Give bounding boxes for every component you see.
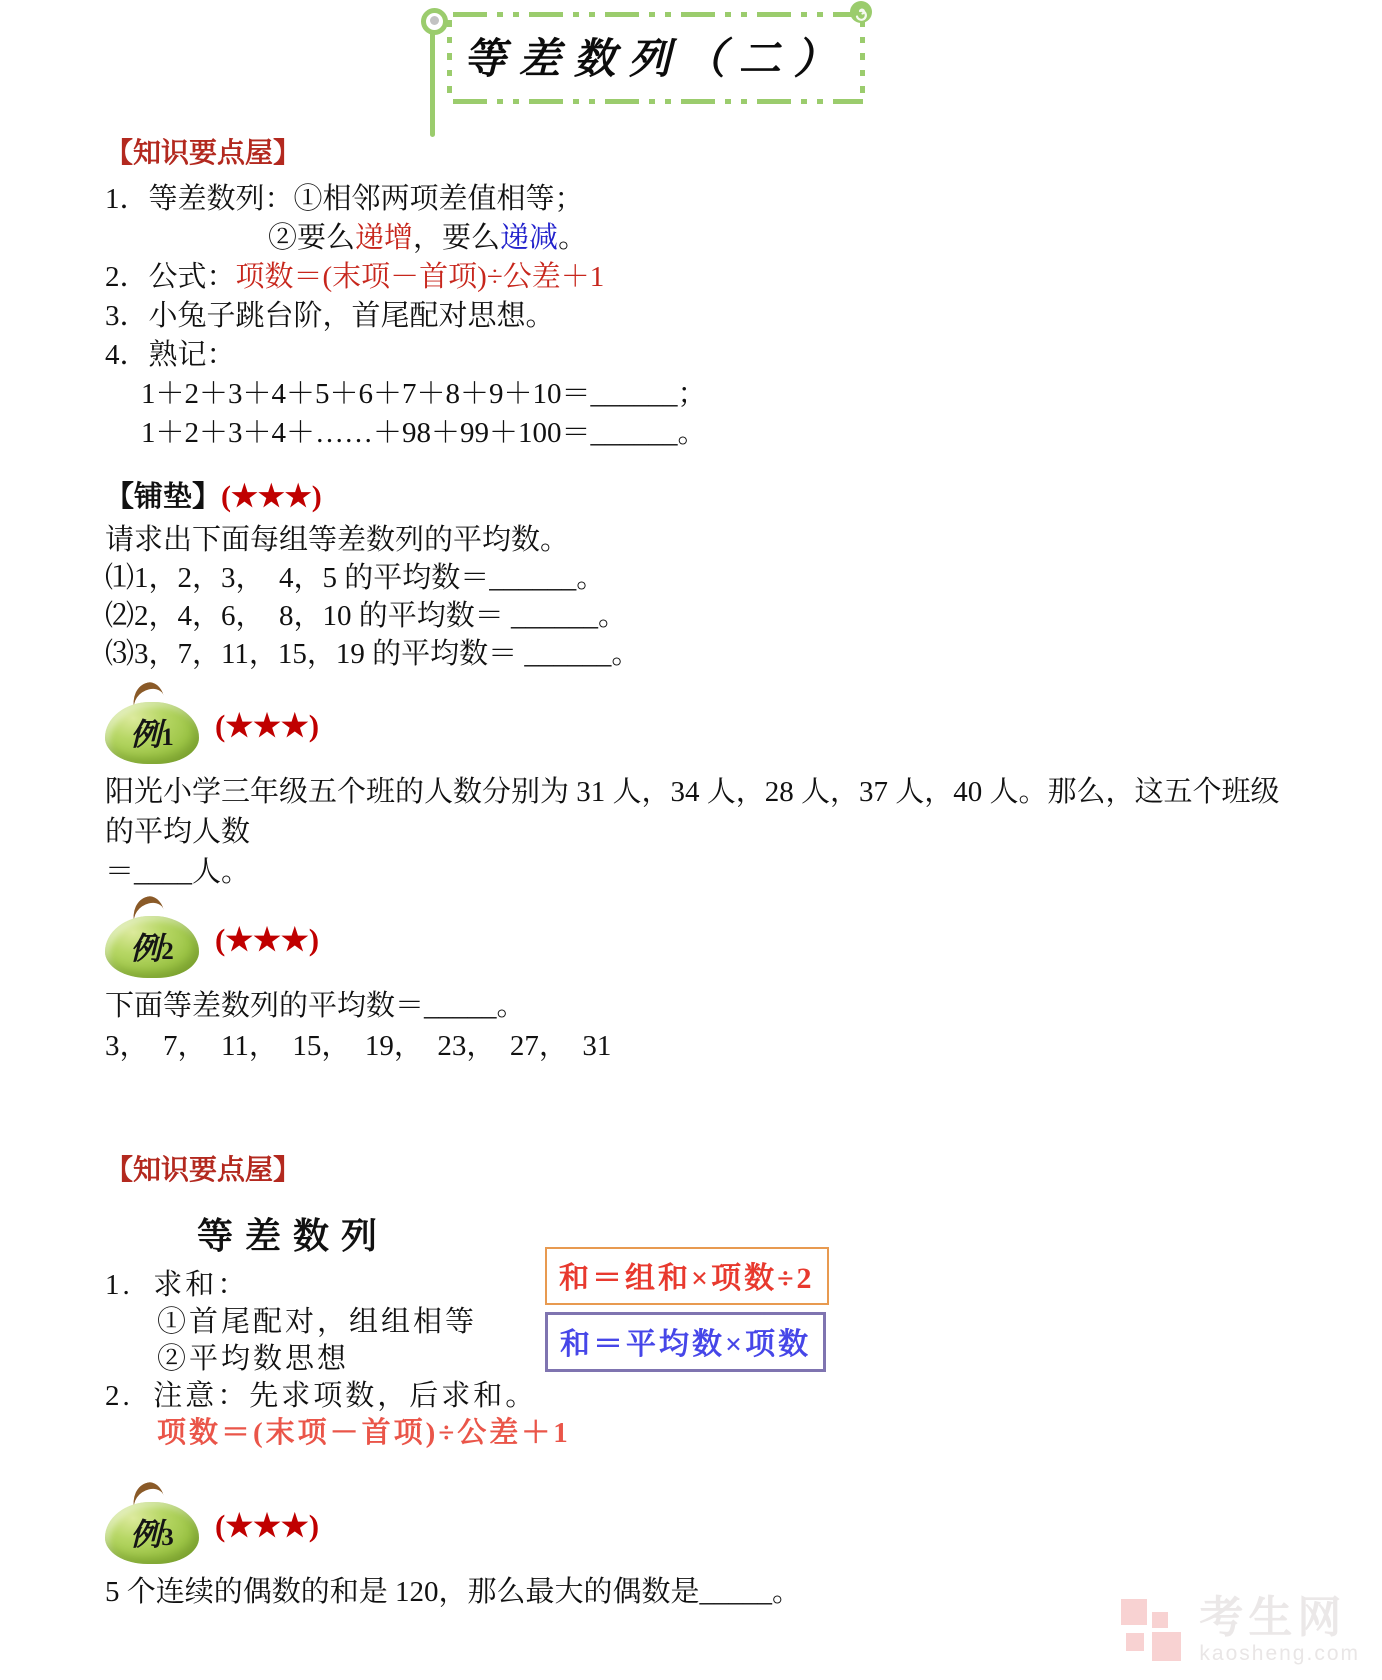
example1-badge: 例1 <box>105 709 199 754</box>
knowledge1-item2: 2．公式：项数＝(末项－首项)÷公差＋1 <box>105 258 1305 297</box>
watermark-site-url: kaosheng.com <box>1199 1643 1360 1664</box>
example3-section: 例3 (★★★) 5 个连续的偶数的和是 120，那么最大的偶数是_____。 <box>105 1482 1305 1612</box>
knowledge2-header: 【知识要点屋】 <box>105 1148 1305 1188</box>
example2-section: 例2 (★★★) 下面等差数列的平均数＝_____。 3， 7， 11， 15，… <box>105 896 1305 1066</box>
page-title: 等差数列（二） <box>447 12 865 104</box>
formula-box-average: 和＝平均数×项数 <box>545 1312 826 1372</box>
warmup-item-3: ⑶3，7，11，15，19 的平均数＝ ______。 <box>105 635 1305 673</box>
item1b-middle: ，要么 <box>413 222 500 254</box>
pin-icon <box>421 8 448 35</box>
example2-stars: (★★★) <box>215 916 319 958</box>
knowledge1-item1: 1．等差数列：①相邻两项差值相等； <box>105 180 1305 219</box>
item2-formula: 项数＝(末项－首项)÷公差＋1 <box>236 261 605 293</box>
badge-label: 例 <box>130 1517 161 1552</box>
pin-line-decoration <box>430 20 435 137</box>
example3-header: 例3 (★★★) <box>105 1482 1305 1564</box>
example3-stars: (★★★) <box>215 1502 319 1544</box>
badge-number: 3 <box>161 1524 174 1551</box>
logo-square <box>1126 1633 1144 1651</box>
warmup-stars: (★★★) <box>221 480 322 513</box>
example2-sequence: 3， 7， 11， 15， 19， 23， 27， 31 <box>105 1026 1305 1066</box>
example1-body: 阳光小学三年级五个班的人数分别为 31 人，34 人，28 人，37 人，40 … <box>105 772 1305 892</box>
example1-text-line1: 阳光小学三年级五个班的人数分别为 31 人，34 人，28 人，37 人，40 … <box>105 772 1305 852</box>
logo-square <box>1152 1612 1168 1628</box>
badge-label: 例 <box>130 717 161 752</box>
knowledge1-header: 【知识要点屋】 <box>105 131 1305 171</box>
badge-label: 例 <box>130 931 161 966</box>
warmup-item-2: ⑵2，4，6， 8，10 的平均数＝ ______。 <box>105 597 1305 635</box>
example2-header: 例2 (★★★) <box>105 896 1305 978</box>
example3-badge: 例3 <box>105 1509 199 1554</box>
watermark-text: 考生网 kaosheng.com <box>1199 1596 1360 1664</box>
item2-label: 2．公式： <box>105 261 236 293</box>
example2-text-line1: 下面等差数列的平均数＝_____。 <box>105 986 1305 1026</box>
knowledge1-sum1: 1＋2＋3＋4＋5＋6＋7＋8＋9＋10＝______； <box>105 375 1305 414</box>
example2-badge: 例2 <box>105 923 199 968</box>
example2-body: 下面等差数列的平均数＝_____。 3， 7， 11， 15， 19， 23， … <box>105 986 1305 1066</box>
logo-square <box>1121 1599 1147 1625</box>
item1b-suffix: 。 <box>558 222 587 254</box>
warmup-item-1: ⑴1，2，3， 4，5 的平均数＝______。 <box>105 559 1305 597</box>
title-box: 等差数列（二） <box>447 12 865 104</box>
apple-badge-icon: 例1 <box>105 682 199 764</box>
knowledge1-item4: 4．熟记： <box>105 336 1305 375</box>
knowledge2-line4: 2. 注意：先求项数，后求和。 <box>105 1378 1305 1415</box>
badge-number: 1 <box>161 724 174 751</box>
warmup-intro: 请求出下面每组等差数列的平均数。 <box>105 521 1305 559</box>
worksheet-page: 等差数列（二） 【知识要点屋】 1．等差数列：①相邻两项差值相等； ②要么递增，… <box>0 0 1382 1680</box>
formula-box-pairing: 和＝组和×项数÷2 <box>545 1247 829 1305</box>
item1b-decrease-word: 递减 <box>500 222 558 254</box>
logo-square <box>1152 1632 1181 1661</box>
warmup-header: 【铺垫】 <box>105 481 221 513</box>
knowledge1-item3: 3．小兔子跳台阶，首尾配对思想。 <box>105 297 1305 336</box>
example1-stars: (★★★) <box>215 702 319 744</box>
example1-header: 例1 (★★★) <box>105 682 1305 764</box>
warmup-header-row: 【铺垫】(★★★) <box>105 474 1305 515</box>
example1-section: 例1 (★★★) 阳光小学三年级五个班的人数分别为 31 人，34 人，28 人… <box>105 682 1305 892</box>
watermark: 考生网 kaosheng.com <box>1121 1596 1360 1664</box>
item1b-increase-word: 递增 <box>355 222 413 254</box>
kaosheng-logo-icon <box>1121 1599 1185 1661</box>
watermark-site-name: 考生网 <box>1199 1596 1360 1640</box>
item1b-prefix: ②要么 <box>268 222 355 254</box>
example1-text-line2: ＝____人。 <box>105 852 1305 892</box>
badge-number: 2 <box>161 938 174 965</box>
apple-badge-icon: 例3 <box>105 1482 199 1564</box>
knowledge1-item1b: ②要么递增，要么递减。 <box>105 219 1305 258</box>
apple-badge-icon: 例2 <box>105 896 199 978</box>
knowledge1-sum2: 1＋2＋3＋4＋……＋98＋99＋100＝______。 <box>105 414 1305 453</box>
warmup-section: 【铺垫】(★★★) 请求出下面每组等差数列的平均数。 ⑴1，2，3， 4，5 的… <box>105 474 1305 673</box>
knowledge-section-1: 【知识要点屋】 1．等差数列：①相邻两项差值相等； ②要么递增，要么递减。 2．… <box>105 131 1305 453</box>
knowledge2-formula: 项数＝(末项－首项)÷公差＋1 <box>105 1415 1305 1452</box>
